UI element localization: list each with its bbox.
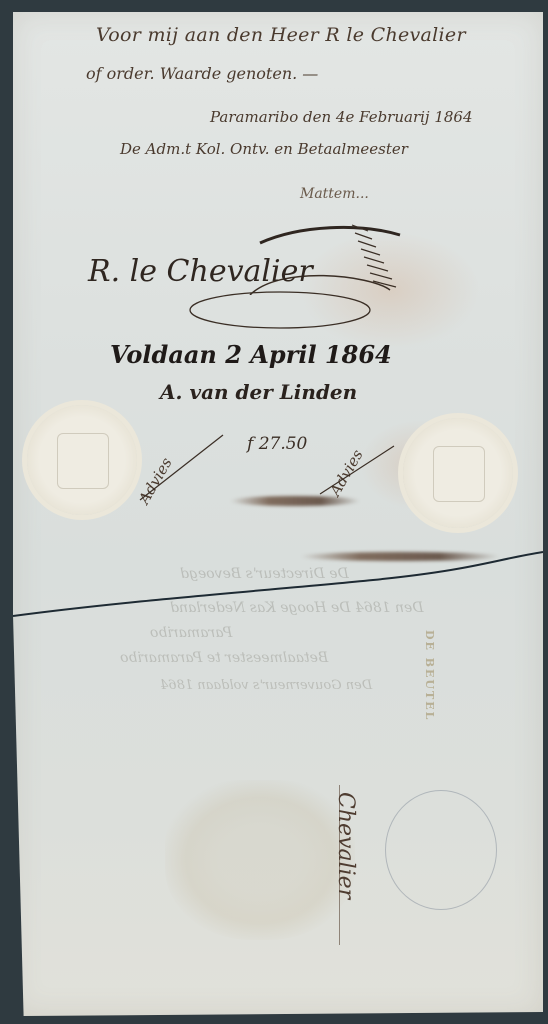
endorsement-line-1: Voor mij aan den Heer R le Chevalier: [96, 24, 466, 46]
signature-loop: [180, 285, 380, 345]
endorsement-line-2: of order. Waarde genoten. —: [86, 64, 318, 83]
ink-smear: [230, 496, 360, 506]
signature-chevalier: R. le Chevalier: [88, 254, 313, 289]
ghost-text: De Directeur's Bevoegd: [180, 566, 349, 582]
ghost-text: Paramaribo: [150, 625, 232, 641]
ghost-text: Betaalmeester te Paramaribo: [120, 650, 328, 666]
embossed-seal-left: [27, 405, 137, 515]
ghost-side-text: DE BEUTEL: [423, 630, 436, 721]
watermark: [165, 780, 355, 940]
place-date: Paramaribo den 4e Februarij 1864: [210, 108, 473, 126]
office-title: De Adm.t Kol. Ontv. en Betaalmeester: [120, 140, 408, 158]
paid-stamp-line: Voldaan 2 April 1864: [110, 340, 392, 369]
circular-stamp: [385, 790, 497, 910]
embossed-seal-right: [403, 418, 513, 528]
amount: f 27.50: [247, 434, 307, 454]
ghost-text: Den 1864 De Hooge Kas Nederland: [170, 600, 424, 616]
lower-endorsement: Chevalier: [333, 792, 358, 899]
advies-stroke-right: [318, 438, 398, 498]
ghost-text: Den Gouverneur's voldaan 1864: [160, 678, 372, 693]
paid-by-signature: A. van der Linden: [160, 380, 357, 404]
advies-stroke-left: [135, 430, 225, 505]
